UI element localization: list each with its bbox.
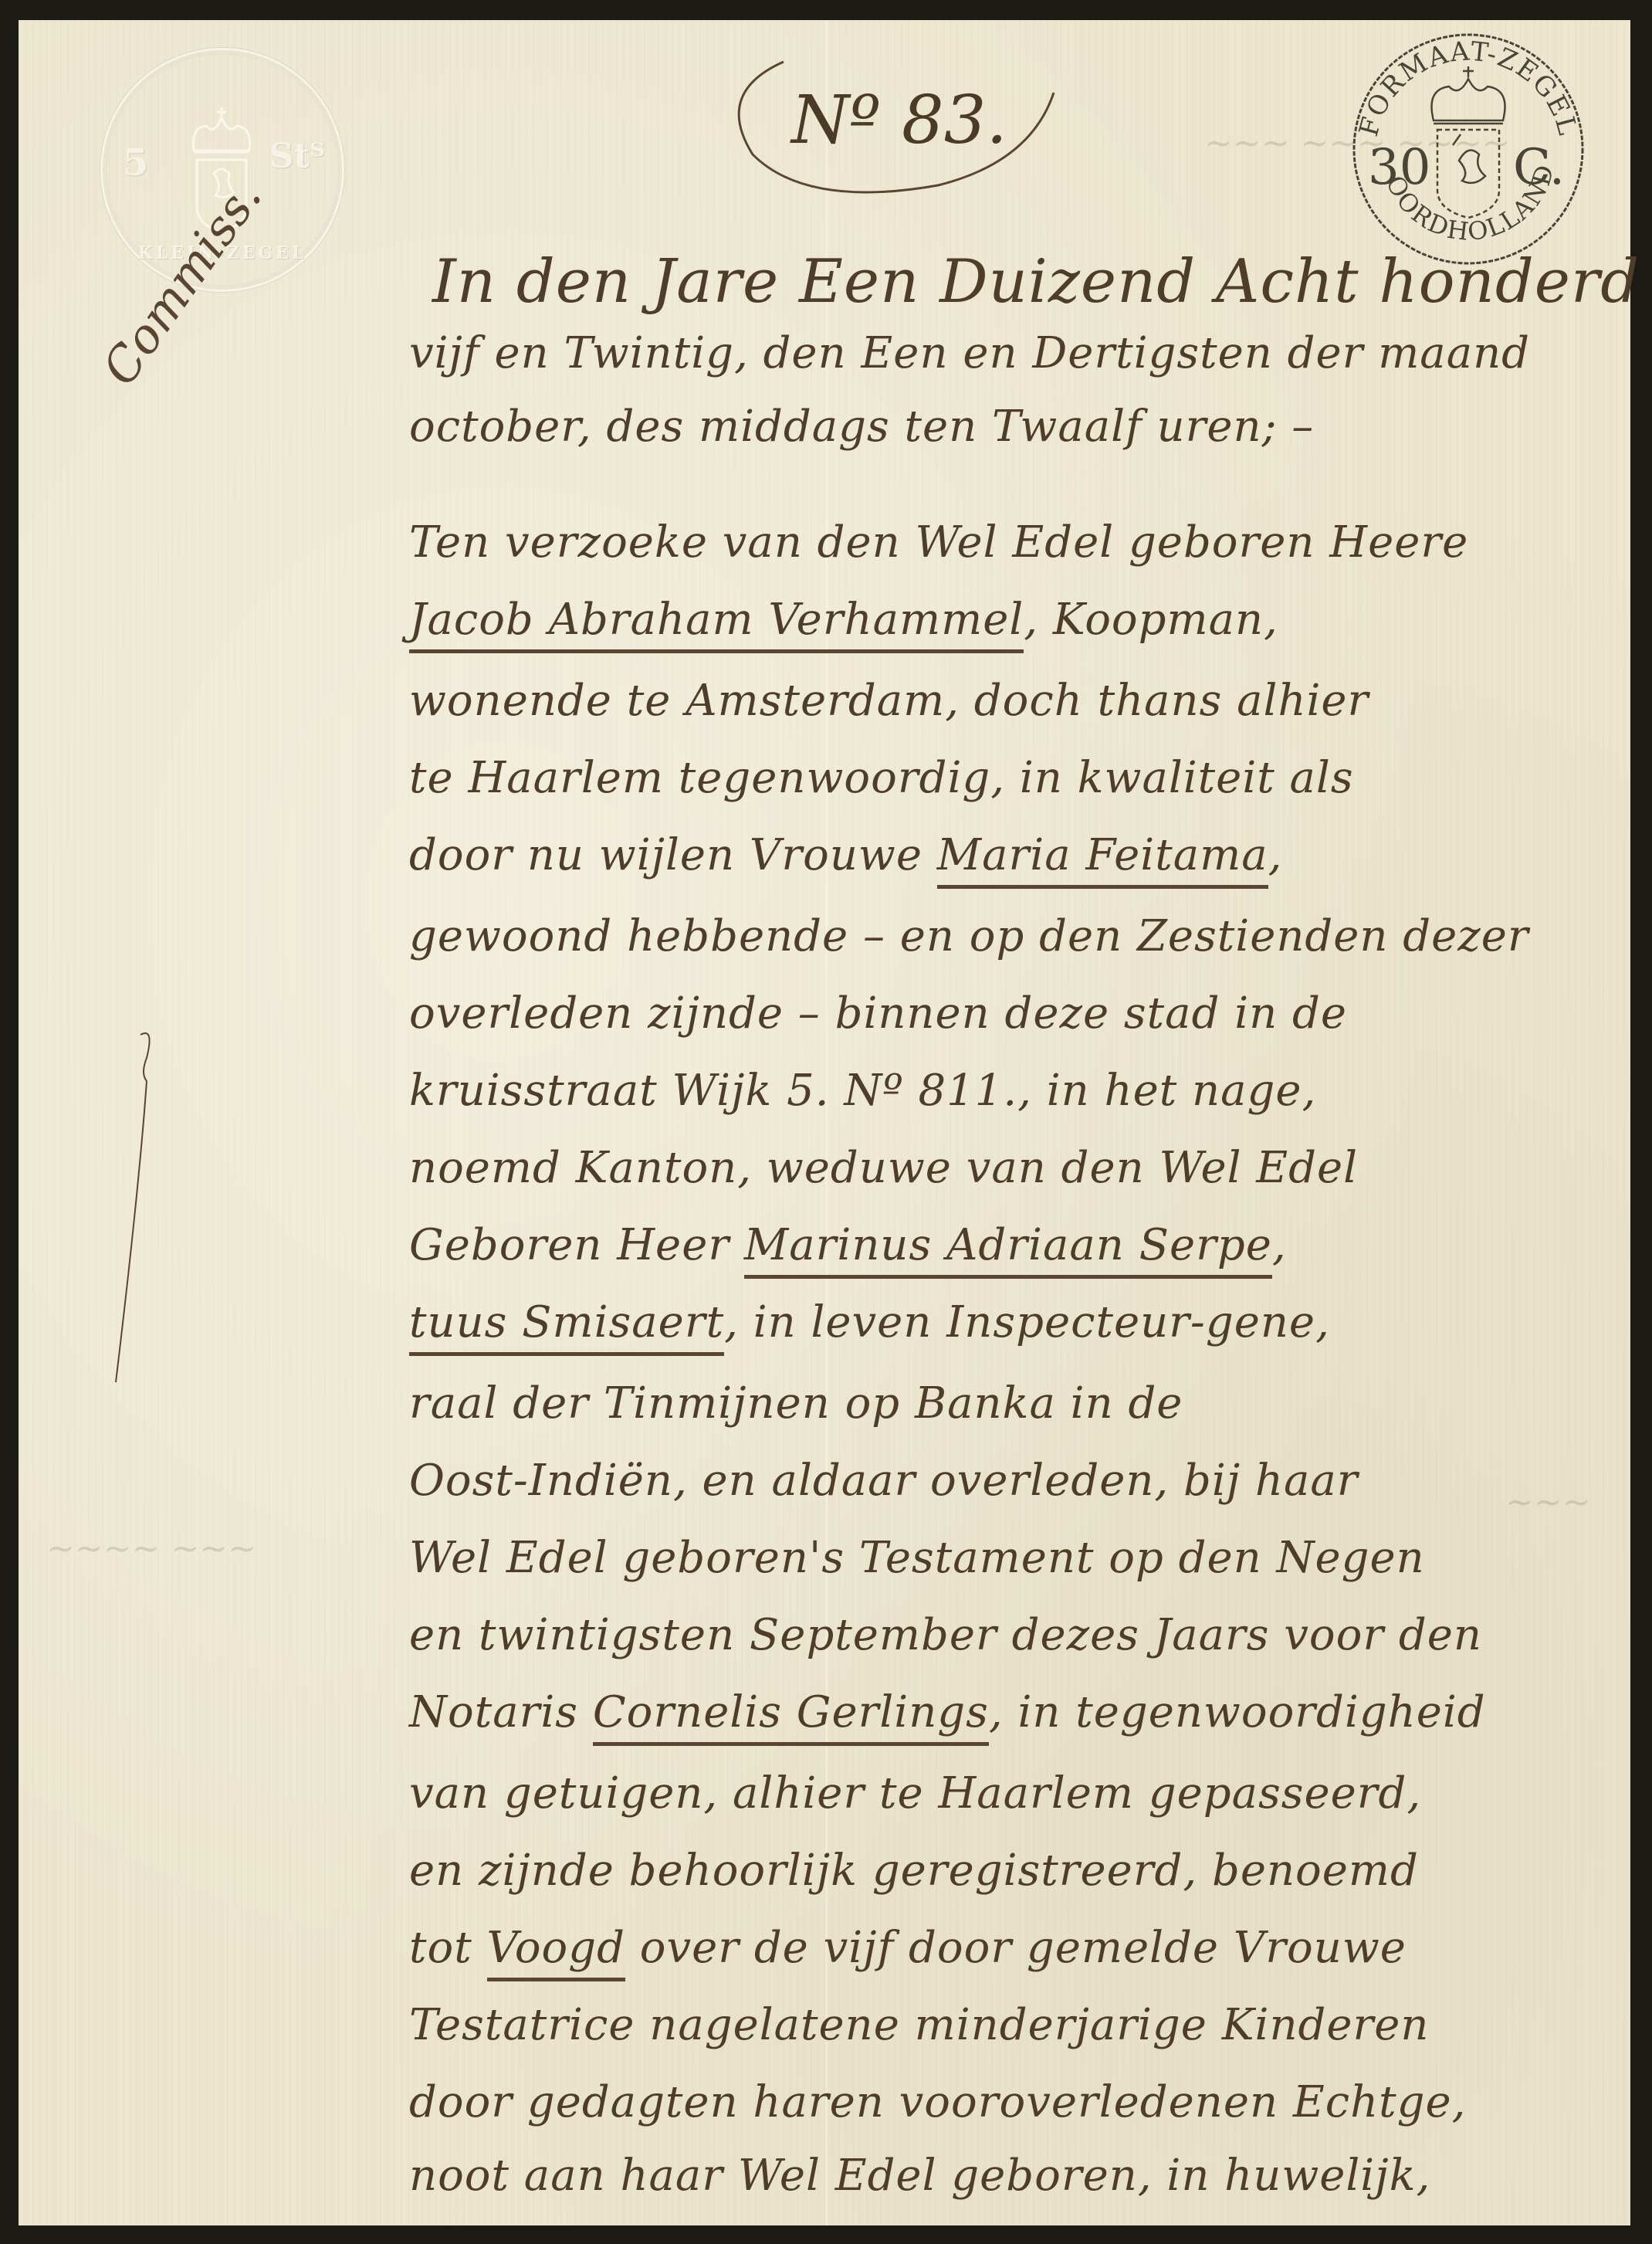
- text-line-22: tot Voogd over de vijf door gemelde Vrou…: [409, 1923, 1407, 1973]
- stamp-value: 30: [1368, 139, 1430, 196]
- text-line-15: raal der Tinmijnen op Banka in de: [409, 1378, 1183, 1429]
- text-line-5: Jacob Abraham Verhammel, Koopman,: [409, 595, 1278, 645]
- document-number-label: Nº 83.: [791, 82, 1007, 159]
- crown-icon: [1432, 66, 1505, 124]
- text-line-17: Wel Edel geboren's Testament op den Nege…: [409, 1533, 1425, 1583]
- underlined-name: Jacob Abraham Verhammel: [409, 595, 1024, 653]
- stamp-unit: C.: [1513, 139, 1565, 196]
- underlined-name: tuus Smisaert: [409, 1297, 724, 1356]
- text-line-1: In den Jare Een Duizend Acht honderd: [432, 247, 1640, 317]
- text-line-14: tuus Smisaert, in leven Inspecteur-gene,: [409, 1297, 1330, 1347]
- text-line-10: overleden zijnde – binnen deze stad in d…: [409, 988, 1347, 1039]
- text-line-25: noot aan haar Wel Edel geboren, in huwel…: [409, 2151, 1430, 2201]
- text-line-9: gewoond hebbende – en op den Zestienden …: [409, 911, 1529, 961]
- bleed-through-text: ~~~~ ~~~: [46, 1529, 256, 1568]
- text-line-6: wonende te Amsterdam, doch thans alhier: [409, 676, 1369, 726]
- text-line-24: door gedagten haren vooroverledenen Echt…: [409, 2077, 1466, 2127]
- text-line-18: en twintigsten September dezes Jaars voo…: [409, 1610, 1482, 1660]
- lion-shield-icon: [1437, 130, 1499, 218]
- underlined-name: Marinus Adriaan Serpe: [744, 1220, 1272, 1279]
- text-line-11: kruisstraat Wijk 5. Nº 811., in het nage…: [409, 1066, 1316, 1116]
- text-line-23: Testatrice nagelatene minderjarige Kinde…: [409, 2000, 1429, 2050]
- text-line-3: october, des middags ten Twaalf uren; –: [409, 402, 1314, 452]
- text-line-13: Geboren Heer Marinus Adriaan Serpe,: [409, 1220, 1287, 1270]
- text-line-19: Notaris Cornelis Gerlings, in tegenwoord…: [409, 1687, 1486, 1737]
- underlined-name: Voogd: [487, 1923, 625, 1981]
- text-line-4: Ten verzoeke van den Wel Edel geboren He…: [409, 517, 1468, 568]
- text-line-8: door nu wijlen Vrouwe Maria Feitama,: [409, 830, 1282, 880]
- formaat-zegel-stamp: FORMAAT-ZEGEL NOORDHOLLAND. 30 C.: [1345, 22, 1592, 269]
- emboss-unit: Stᵀ: [269, 137, 325, 176]
- text-line-2: vijf en Twintig, den Een en Dertigsten d…: [409, 328, 1530, 378]
- text-line-7: te Haarlem tegenwoordig, in kwaliteit al…: [409, 753, 1354, 803]
- emboss-value: 5: [123, 141, 148, 185]
- text-line-12: noemd Kanton, weduwe van den Wel Edel: [409, 1143, 1358, 1193]
- underlined-name: Cornelis Gerlings: [593, 1687, 989, 1746]
- text-line-20: van getuigen, alhier te Haarlem gepassee…: [409, 1768, 1421, 1819]
- underlined-name: Maria Feitama: [937, 830, 1268, 889]
- margin-bracket-icon: [100, 996, 162, 1398]
- document-number: Nº 83.: [722, 46, 1061, 201]
- text-line-21: en zijnde behoorlijk geregistreerd, beno…: [409, 1846, 1419, 1896]
- text-line-16: Oost-Indiën, en aldaar overleden, bij ha…: [409, 1456, 1359, 1506]
- bleed-through-text: ~~~: [1505, 1483, 1591, 1522]
